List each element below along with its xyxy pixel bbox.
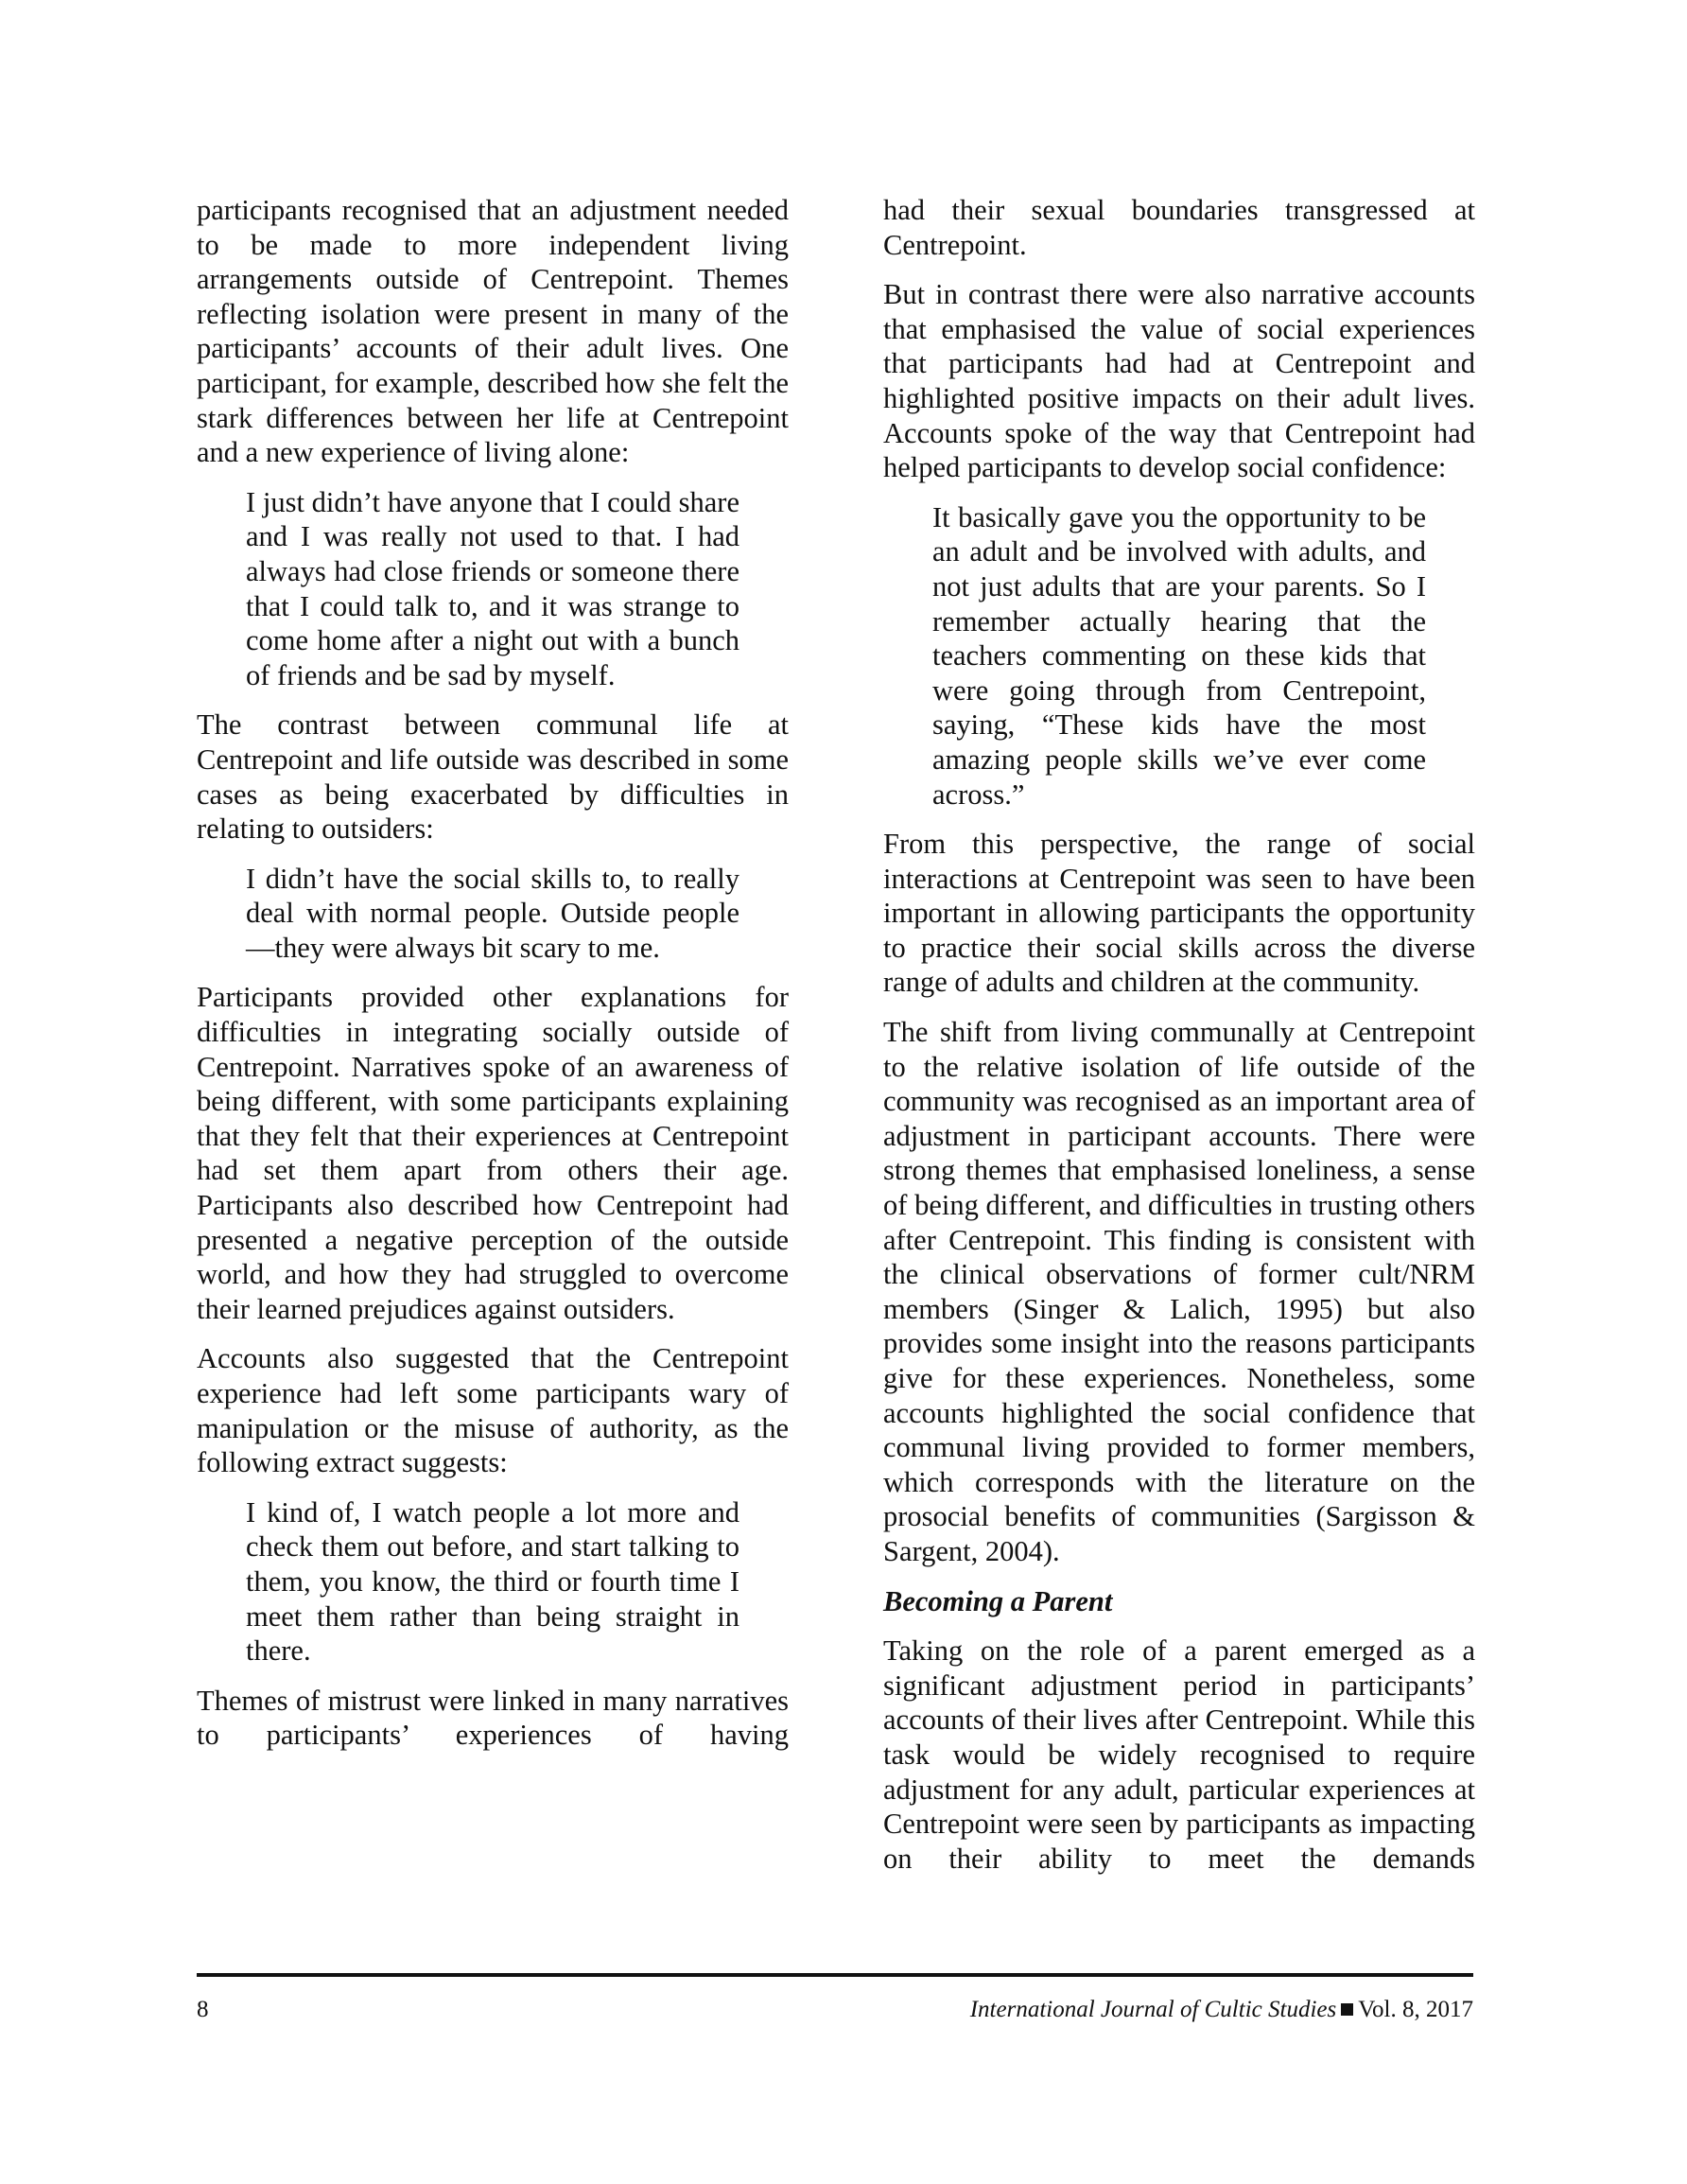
- left-column: participants recognised that an adjustme…: [197, 193, 789, 1768]
- journal-reference: International Journal of Cultic StudiesV…: [970, 1996, 1473, 2024]
- paragraph: But in contrast there were also narrativ…: [883, 277, 1475, 485]
- paragraph: Taking on the role of a parent emerged a…: [883, 1634, 1475, 1876]
- section-heading: Becoming a Parent: [883, 1584, 1475, 1619]
- footer-rule: [197, 1973, 1473, 1977]
- right-column: had their sexual boundaries transgressed…: [883, 193, 1475, 1891]
- paragraph: had their sexual boundaries transgressed…: [883, 193, 1475, 262]
- paragraph: Themes of mistrust were linked in many n…: [197, 1684, 789, 1753]
- paragraph: From this perspective, the range of soci…: [883, 827, 1475, 1000]
- journal-volume: Vol. 8, 2017: [1358, 1997, 1473, 2022]
- page-number: 8: [197, 1996, 209, 2024]
- paragraph: The contrast between communal life at Ce…: [197, 708, 789, 846]
- journal-title: International Journal of Cultic Studies: [970, 1997, 1336, 2022]
- block-quote: I didn’t have the social skills to, to r…: [246, 862, 739, 966]
- paragraph: Accounts also suggested that the Centrep…: [197, 1341, 789, 1479]
- paragraph: The shift from living communally at Cent…: [883, 1015, 1475, 1569]
- paragraph: Participants provided other explanations…: [197, 980, 789, 1326]
- square-bullet-icon: [1341, 2003, 1353, 2016]
- block-quote: I just didn’t have anyone that I could s…: [246, 485, 739, 693]
- block-quote: It basically gave you the opportunity to…: [932, 500, 1426, 812]
- block-quote: I kind of, I watch people a lot more and…: [246, 1495, 739, 1669]
- paragraph: participants recognised that an adjustme…: [197, 193, 789, 470]
